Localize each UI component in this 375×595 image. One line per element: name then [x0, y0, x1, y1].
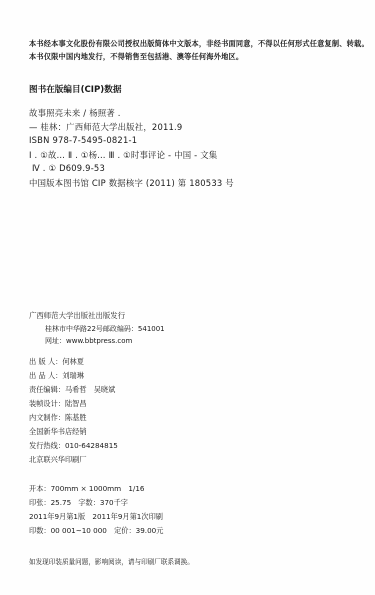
spec-line: 印张：25.75 字数：370千字	[29, 498, 128, 508]
credit-line: 出 品 人：刘瑞琳	[29, 371, 84, 381]
quality-notice: 如发现印装质量问题，影响阅读，请与印刷厂联系调换。	[29, 556, 194, 566]
spec-line: 开本：700mm × 1000mm 1/16	[29, 484, 145, 494]
cip-line: ISBN 978-7-5495-0821-1	[29, 135, 137, 145]
credit-line: 装帧设计：陆智昌	[29, 399, 87, 409]
cip-line: 故事照亮未来 / 杨照著 .	[29, 107, 121, 119]
credit-line: 发行热线：010-64284815	[29, 441, 118, 451]
cip-line: Ⅳ . ① D609.9-53	[32, 163, 105, 173]
credit-line: 责任编辑：马希哲 吴晓斌	[29, 385, 115, 395]
credit-line: 全国新华书店经销	[29, 427, 87, 437]
cip-line: Ⅰ . ①故… Ⅱ . ①杨… Ⅲ . ①时事评论 - 中国 - 文集	[29, 149, 217, 161]
credit-line: 内文制作：陈基胜	[29, 413, 87, 423]
publisher-website: 网址：www.bbtpress.com	[45, 336, 132, 346]
publisher-name: 广西师范大学出版社出版发行	[29, 310, 125, 321]
spec-line: 2011年9月第1版 2011年9月第1次印刷	[29, 512, 163, 522]
spec-line: 印数：00 001~10 000 定价：39.00元	[29, 526, 163, 536]
credit-line: 北京联兴华印刷厂	[29, 455, 87, 465]
license-notice-line-1: 本书经本事文化股份有限公司授权出版简体中文版本，非经书面同意，不得以任何形式任意…	[29, 39, 369, 49]
credit-line: 出 版 人：何林夏	[29, 357, 84, 367]
license-notice-line-2: 本书仅限中国内地发行，不得销售至包括港、澳等任何海外地区。	[29, 52, 243, 62]
cip-line: 中国版本图书馆 CIP 数据核字 (2011) 第 180533 号	[29, 177, 234, 189]
cip-title: 图书在版编目(CIP)数据	[29, 83, 121, 95]
cip-line: — 桂林：广西师范大学出版社，2011.9	[29, 121, 182, 133]
publisher-address: 桂林市中华路22号邮政编码：541001	[45, 324, 165, 334]
